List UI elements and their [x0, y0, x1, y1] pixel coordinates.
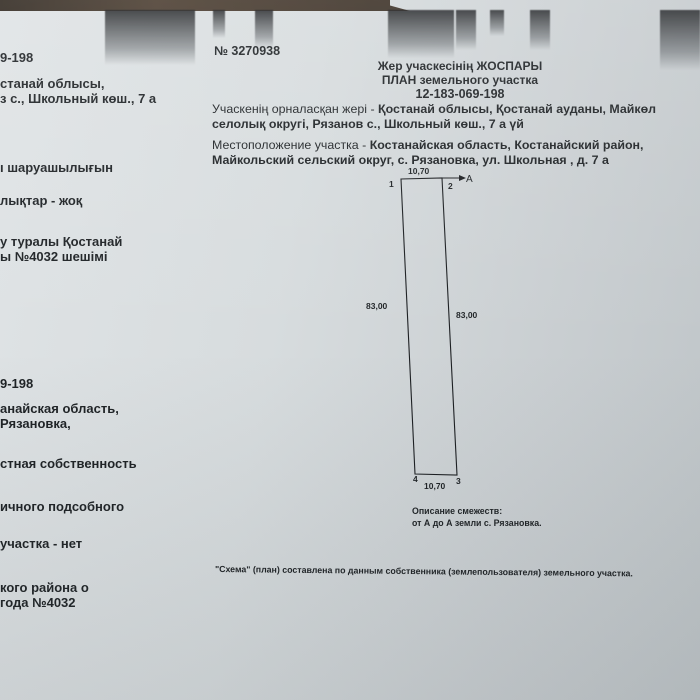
direction-label: A [466, 174, 473, 185]
adjacency-text: от А до А земли с. Рязановка. [412, 518, 542, 528]
background-table-surface [0, 0, 390, 11]
toner-streak [530, 10, 550, 50]
location-ru-line1: Костанайская область, Костанайский район… [370, 138, 644, 152]
toner-streak [388, 10, 454, 58]
location-kz-line2: селолық округі, Рязанов с., Школьный көш… [212, 117, 656, 132]
location-ru-label: Местоположение участка - [212, 138, 370, 152]
left-fragment: 9-198 [0, 50, 33, 65]
toner-streak [456, 10, 476, 50]
document-number: № 3270938 [214, 44, 280, 58]
left-length-label: 83,00 [366, 301, 387, 311]
location-kz-line1: Қостанай облысы, Қостанай ауданы, Майкөл [378, 102, 656, 116]
point-3-label: 3 [456, 476, 461, 486]
location-russian: Местоположение участка - Костанайская об… [212, 138, 643, 168]
left-fragment: станай облысы, [0, 76, 104, 91]
adjacency-heading: Описание смежеств: [412, 506, 502, 516]
top-length-label: 10,70 [408, 166, 429, 176]
left-fragment: ичного подсобного [0, 499, 124, 514]
left-fragment: у туралы Қостанай [0, 234, 122, 249]
left-fragment: 9-198 [0, 376, 33, 391]
footer-note: "Схема" (план) составлена по данным собс… [215, 564, 633, 578]
left-fragment: Рязановка, [0, 416, 71, 431]
left-fragment: года №4032 [0, 595, 76, 610]
arrow-icon [459, 175, 466, 181]
plot-boundary [401, 178, 457, 475]
left-fragment: анайская область, [0, 401, 119, 416]
left-fragment: участка - нет [0, 536, 82, 551]
left-fragment: стная собственность [0, 456, 137, 471]
right-length-label: 83,00 [456, 310, 477, 320]
title-kazakh: Жер учаскесінің ЖОСПАРЫ [340, 59, 580, 73]
left-fragment: лықтар - жоқ [0, 193, 82, 208]
toner-streak [105, 10, 195, 65]
title-russian: ПЛАН земельного участка [340, 73, 580, 87]
location-kazakh: Учаскенің орналасқан жері - Қостанай обл… [212, 102, 656, 132]
toner-streak [255, 10, 273, 48]
point-4-label: 4 [413, 474, 418, 484]
toner-streak [660, 10, 700, 70]
left-fragment: кого района о [0, 580, 89, 595]
left-fragment: з с., Школьный көш., 7 а [0, 91, 156, 106]
point-1-label: 1 [389, 179, 394, 189]
toner-streak [490, 10, 504, 36]
cadastral-number: 12-183-069-198 [340, 87, 580, 101]
bottom-length-label: 10,70 [424, 481, 445, 491]
left-fragment: ы №4032 шешімі [0, 249, 107, 264]
location-kz-label: Учаскенің орналасқан жері - [212, 102, 378, 116]
left-fragment: ı шаруашылығын [0, 160, 113, 175]
toner-streak [213, 10, 225, 38]
point-2-label: 2 [448, 181, 453, 191]
